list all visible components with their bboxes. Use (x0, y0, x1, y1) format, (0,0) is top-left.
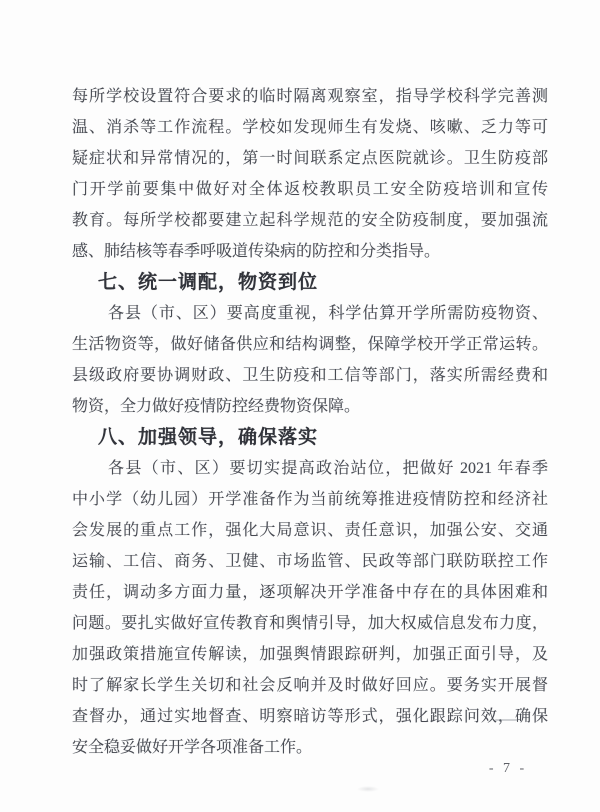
paragraph-line: 疑症状和异常情况的，第一时间联系定点医院就诊。卫生防疫部 (72, 143, 548, 174)
page-number: - 7 - (483, 761, 533, 777)
paragraph-line: 各县（市、区）要高度重视，科学估算开学所需防疫物资、 (72, 298, 548, 329)
paragraph-line: 会发展的重点工作，强化大局意识、责任意识，加强公安、交通 (72, 515, 548, 546)
paragraph-line: 生活物资等，做好储备供应和结构调整，保障学校开学正常运转。 (72, 329, 548, 360)
paragraph-line: 时了解家长学生关切和社会反响并及时做好回应。要务实开展督 (72, 670, 548, 701)
paragraph-line: 温、消杀等工作流程。学校如发现师生有发烧、咳嗽、乏力等可 (72, 112, 548, 143)
paragraph-line: 责任，调动多方面力量，逐项解决开学准备中存在的具体困难和 (72, 577, 548, 608)
paragraph-line: 中小学（幼儿园）开学准备作为当前统筹推进疫情防控和经济社 (72, 484, 548, 515)
scan-artifact-smudge (357, 786, 379, 792)
paragraph-line: 安全稳妥做好开学各项准备工作。 (72, 732, 548, 763)
paragraph-line: 每所学校设置符合要求的临时隔离观察室，指导学校科学完善测 (72, 81, 548, 112)
paragraph-line: 感、肺结核等春季呼吸道传染病的防控和分类指导。 (72, 236, 548, 267)
paragraph-line: 运输、工信、商务、卫健、市场监管、民政等部门联防联控工作 (72, 546, 548, 577)
paragraph-line: 门开学前要集中做好对全体返校教职员工安全防疫培训和宣传 (72, 174, 548, 205)
section-heading: 七、统一调配，物资到位 (72, 267, 548, 298)
scan-artifact-line (495, 719, 518, 721)
paragraph-line: 物资，全力做好疫情防控经费物资保障。 (72, 391, 548, 422)
paragraph-line: 县级政府要协调财政、卫生防疫和工信等部门，落实所需经费和 (72, 360, 548, 391)
paragraph-line: 查督办，通过实地督查、明察暗访等形式，强化跟踪问效，确保 (72, 701, 548, 732)
paragraph-line: 加强政策措施宣传解读，加强舆情跟踪研判，加强正面引导，及 (72, 639, 548, 670)
document-body: 每所学校设置符合要求的临时隔离观察室，指导学校科学完善测 温、消杀等工作流程。学… (72, 81, 548, 763)
paragraph-line: 问题。要扎实做好宣传教育和舆情引导，加大权威信息发布力度， (72, 608, 548, 639)
section-heading: 八、加强领导，确保落实 (72, 422, 548, 453)
paragraph-line: 各县（市、区）要切实提高政治站位，把做好 2021 年春季 (72, 453, 548, 484)
document-page: 每所学校设置符合要求的临时隔离观察室，指导学校科学完善测 温、消杀等工作流程。学… (0, 0, 600, 812)
paragraph-line: 教育。每所学校都要建立起科学规范的安全防疫制度，要加强流 (72, 205, 548, 236)
